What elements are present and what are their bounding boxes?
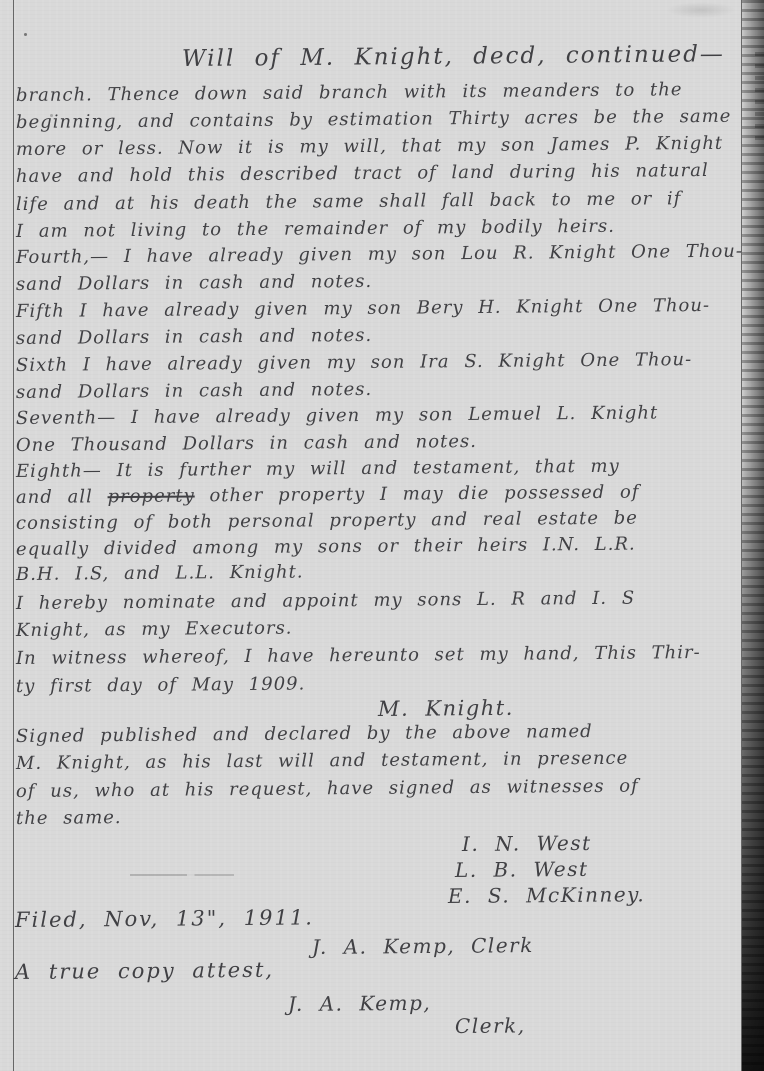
will-text-line: One Thousand Dollars in cash and notes. <box>16 431 477 456</box>
binding-edge-marks <box>755 52 764 147</box>
struck-word: property <box>107 485 194 507</box>
testator-signature: M. Knight. <box>378 696 514 721</box>
scanned-will-page: Will of M. Knight, decd, continued— bran… <box>0 0 764 1071</box>
attestation-line: Signed published and declared by the abo… <box>16 721 593 747</box>
document-title: Will of M. Knight, decd, continued— <box>182 41 725 72</box>
will-text-line: sand Dollars in cash and notes. <box>16 379 372 403</box>
left-margin-rule <box>13 0 14 1071</box>
attestation-line: M. Knight, as his last will and testamen… <box>16 748 628 774</box>
will-text-line: equally divided among my sons or their h… <box>16 534 636 560</box>
attestation-line: the same. <box>16 807 122 829</box>
will-text-line-witness-clause: In witness whereof, I have hereunto set … <box>16 642 701 669</box>
will-text-line: B.H. I.S, and L.L. Knight. <box>16 561 304 585</box>
will-text-line: consisting of both personal property and… <box>16 508 638 534</box>
scan-smudge <box>666 2 736 18</box>
will-text-line: ty first day of May 1909. <box>16 673 305 697</box>
witness-signature: I. N. West <box>462 831 592 856</box>
faint-dash-mark <box>130 874 234 876</box>
will-text-line: have and hold this described tract of la… <box>16 160 709 187</box>
clerk-title: Clerk, <box>455 1013 526 1038</box>
text-before-strike: and all <box>16 486 108 508</box>
will-text-line: branch. Thence down said branch with its… <box>16 79 683 106</box>
will-text-line-sixth-clause: Sixth I have already given my son Ira S.… <box>16 349 692 376</box>
will-text-line: sand Dollars in cash and notes. <box>16 325 372 349</box>
witness-signature: E. S. McKinney. <box>448 882 645 908</box>
will-text-line: life and at his death the same shall fal… <box>16 188 682 215</box>
attest-copy-line: A true copy attest, <box>15 958 274 984</box>
will-text-line-seventh-clause: Seventh— I have already given my son Lem… <box>16 402 658 429</box>
clerk-signature: J. A. Kemp, <box>288 991 431 1016</box>
will-text-line: I am not living to the remainder of my b… <box>16 216 615 242</box>
will-text-line-fifth-clause: Fifth I have already given my son Bery H… <box>16 295 710 322</box>
will-text-line-executors: I hereby nominate and appoint my sons L.… <box>16 588 635 614</box>
will-text-line-fourth-clause: Fourth,— I have already given my son Lou… <box>16 241 743 268</box>
will-text-line: more or less. Now it is my will, that my… <box>16 133 723 160</box>
will-text-line: Knight, as my Executors. <box>16 618 293 641</box>
witness-signature: L. B. West <box>455 857 589 882</box>
will-text-line-eighth-clause: Eighth— It is further my will and testam… <box>16 456 620 482</box>
binding-shadow <box>742 0 764 1071</box>
attestation-line: of us, who at his request, have signed a… <box>16 776 639 802</box>
filed-date-line: Filed, Nov, 13", 1911. <box>15 905 314 932</box>
text-after-strike: other property I may die possessed of <box>195 482 640 507</box>
will-text-line: sand Dollars in cash and notes. <box>16 271 372 295</box>
will-text-line: beginning, and contains by estimation Th… <box>16 106 732 133</box>
will-text-line-with-strikethrough: and all property other property I may di… <box>16 482 640 508</box>
ink-speck <box>24 33 27 36</box>
clerk-signature: J. A. Kemp, Clerk <box>312 933 534 959</box>
